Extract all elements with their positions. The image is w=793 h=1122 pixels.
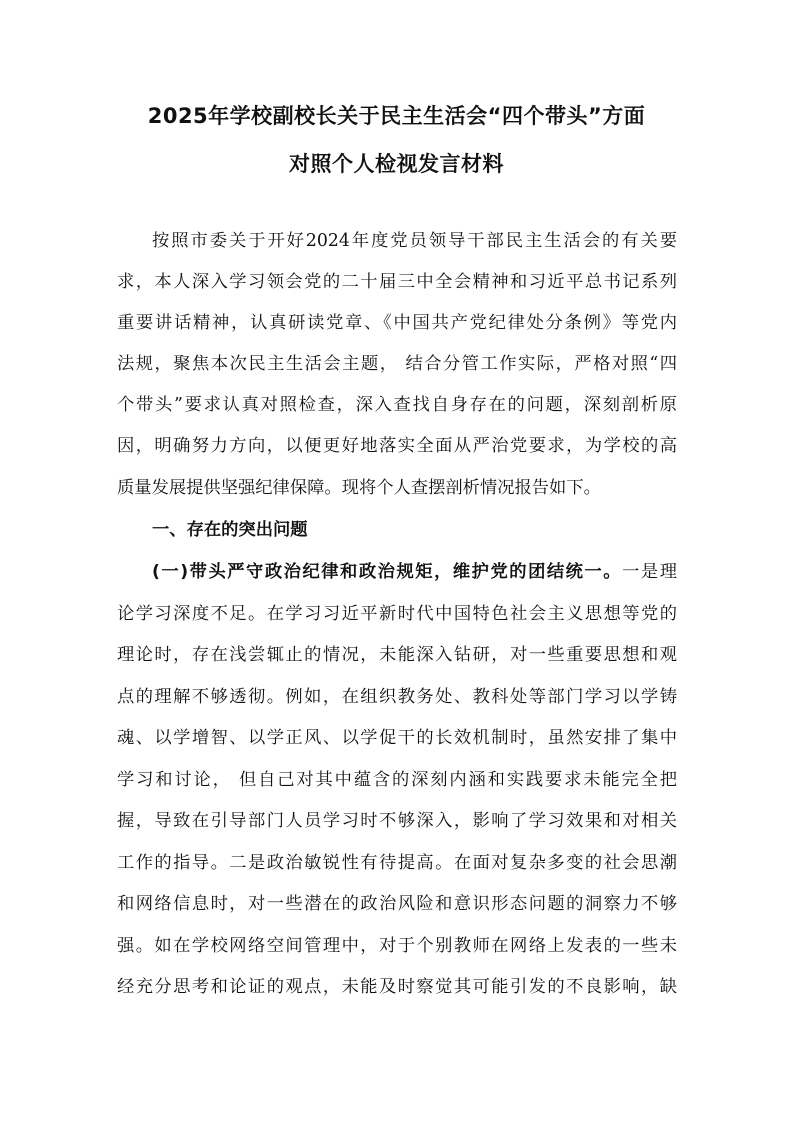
paragraph-line: 点的理解不够透彻。例如，在组织教务处、教科处等部门学习以学铸 — [117, 685, 677, 709]
paragraph-line: 经充分思考和论证的观点，未能及时察觉其可能引发的不良影响，缺 — [117, 975, 677, 999]
paragraph-line: 重要讲话精神，认真研读党章、《中国共产党纪律处分条例》等党内 — [117, 311, 677, 335]
paragraph-line: 魂、以学增智、以学正风、以学促干的长效机制时，虽然安排了集中 — [117, 726, 677, 750]
subsection-first-line: (一)带头严守政治纪律和政治规矩，维护党的团结统一。一是理 — [152, 560, 677, 584]
paragraph-line: 按照市委关于开好2024年度党员领导干部民主生活会的有关要 — [152, 229, 677, 253]
paragraph-line: 理论时，存在浅尝辄止的情况，未能深入钻研，对一些重要思想和观 — [117, 643, 677, 667]
paragraph-line: 和网络信息时，对一些潜在的政治风险和意识形态问题的洞察力不够 — [117, 892, 677, 916]
subsection-first-line-tail: 一是理 — [622, 562, 677, 582]
paragraph-line: 工作的指导。二是政治敏锐性有待提高。在面对复杂多变的社会思潮 — [117, 851, 677, 875]
section-heading: 一、存在的突出问题 — [152, 518, 677, 542]
paragraph-line: 握，导致在引导部门人员学习时不够深入，影响了学习效果和对相关 — [117, 809, 677, 833]
paragraph-line: 求，本人深入学习领会党的二十届三中全会精神和习近平总书记系列 — [117, 270, 677, 294]
subsection-heading: (一)带头严守政治纪律和政治规矩，维护党的团结统一。 — [152, 562, 622, 582]
document-title-line-1: 2025年学校副校长关于民主生活会“四个带头”方面 — [0, 100, 793, 130]
paragraph-line: 质量发展提供坚强纪律保障。现将个人查摆剖析情况报告如下。 — [117, 476, 677, 500]
paragraph-line: 因，明确努力方向，以便更好地落实全面从严治党要求，为学校的高 — [117, 434, 677, 458]
paragraph-line: 法规，聚焦本次民主生活会主题， 结合分管工作实际，严格对照“四 — [117, 352, 677, 376]
paragraph-line: 个带头”要求认真对照检查，深入查找自身存在的问题，深刻剖析原 — [117, 393, 677, 417]
paragraph-line: 学习和讨论， 但自己对其中蕴含的深刻内涵和实践要求未能完全把 — [117, 768, 677, 792]
document-title-line-2: 对照个人检视发言材料 — [0, 148, 793, 178]
paragraph-line: 强。如在学校网络空间管理中，对于个别教师在网络上发表的一些未 — [117, 934, 677, 958]
paragraph-line: 论学习深度不足。在学习习近平新时代中国特色社会主义思想等党的 — [117, 602, 677, 626]
